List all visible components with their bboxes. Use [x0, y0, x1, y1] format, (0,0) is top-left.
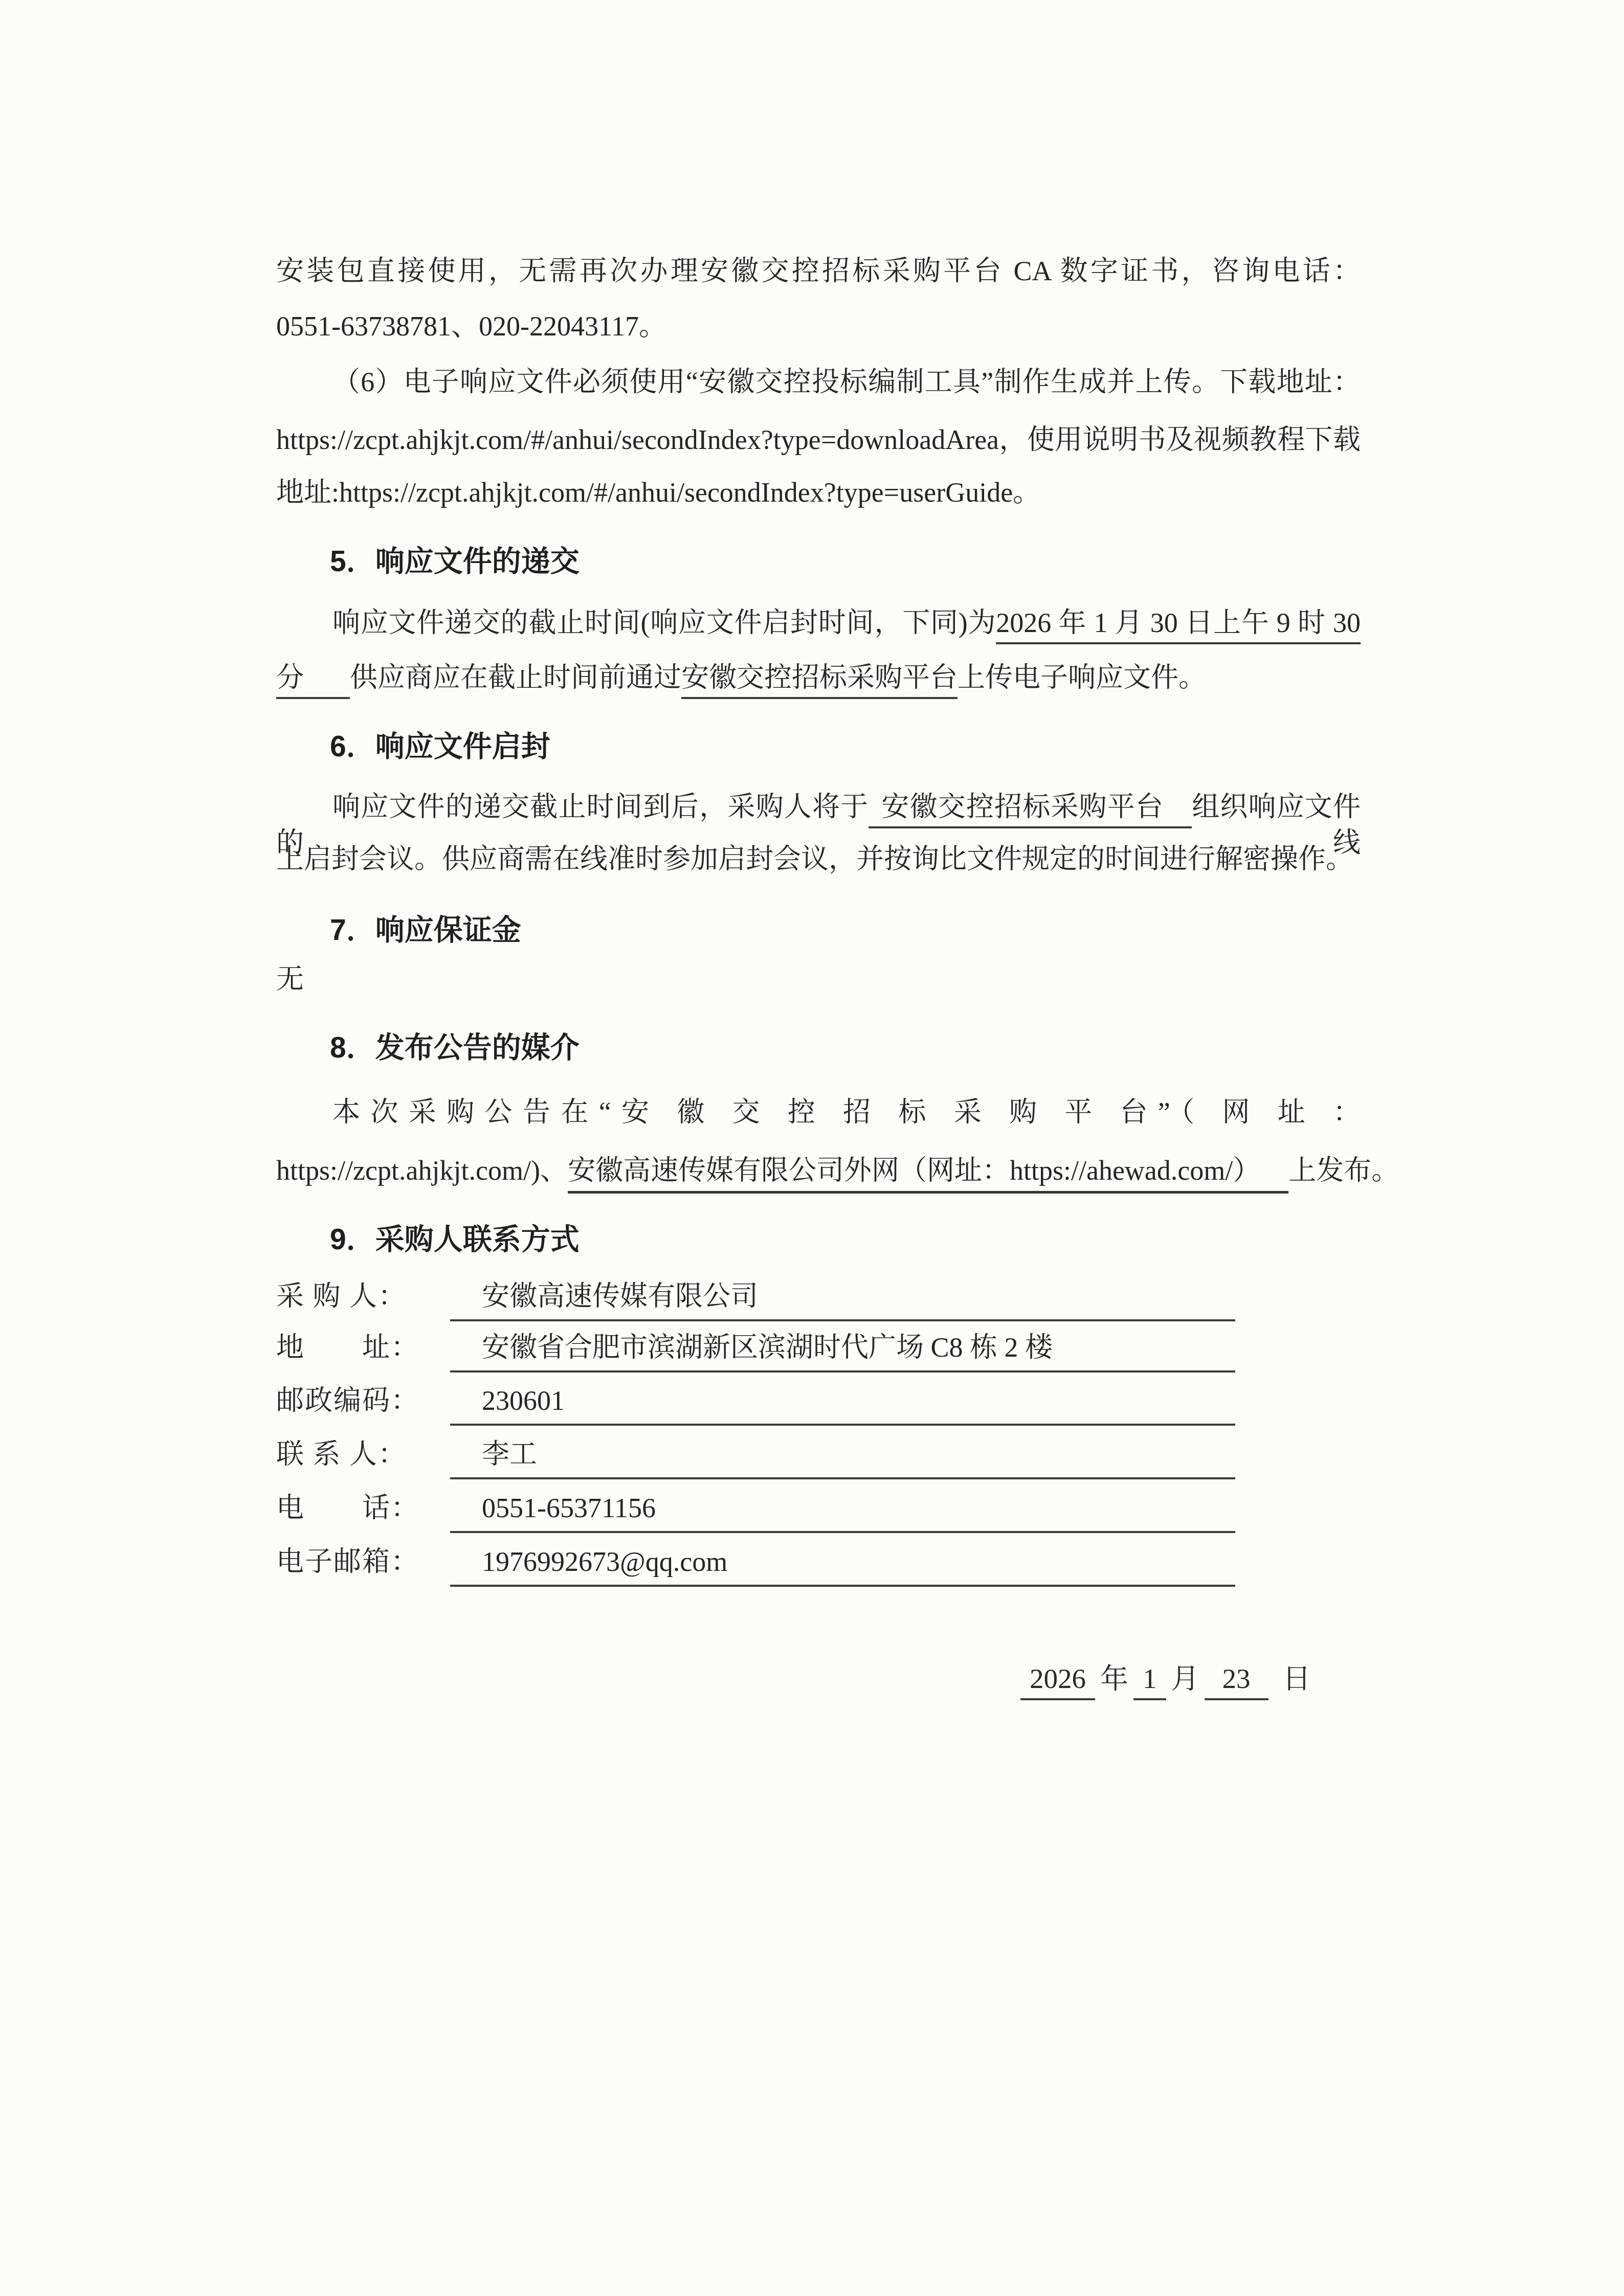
- section-6-line1-text: 响应文件的递交截止时间到后，采购人将于: [332, 792, 869, 822]
- date-year: 2026: [1020, 1663, 1095, 1700]
- external-site-underlined: 安徽高速传媒有限公司外网（网址：https://ahewad.com/）: [568, 1155, 1288, 1194]
- section-5-line2-text: 供应商应在截止时间前通过: [350, 662, 681, 693]
- section-6-line2: 上启封会议。供应商需在线准时参加启封会议，并按询比文件规定的时间进行解密操作。: [276, 841, 1361, 877]
- section-6-heading: 6．响应文件启封: [330, 728, 550, 765]
- section-7-heading: 7．响应保证金: [330, 912, 521, 949]
- contact-person-value: 李工: [450, 1436, 1235, 1479]
- address-value: 安徽省合肥市滨湖新区滨湖时代广场 C8 栋 2 楼: [450, 1330, 1235, 1372]
- contact-row-email: 电子邮箱：1976992673@qq.com: [276, 1544, 1235, 1587]
- postcode-value: 230601: [450, 1383, 1235, 1426]
- platform-name-underlined: 安徽交控招标采购平台: [681, 662, 958, 699]
- paragraph-ca-cert-line2: 0551-63738781、020-22043117。: [276, 308, 1361, 344]
- contact-row-address: 地 址：安徽省合肥市滨湖新区滨湖时代广场 C8 栋 2 楼: [276, 1330, 1235, 1372]
- date-year-label: 年: [1095, 1663, 1133, 1694]
- section-8-line2-text: https://zcpt.ahjkjt.com/)、: [276, 1155, 568, 1186]
- paragraph-6-line3: 地址:https://zcpt.ahjkjt.com/#/anhui/secon…: [276, 475, 1361, 510]
- section-8-line2: https://zcpt.ahjkjt.com/)、安徽高速传媒有限公司外网（网…: [276, 1153, 1361, 1188]
- document-page: 安装包直接使用，无需再次办理安徽交控招标采购平台 CA 数字证书，咨询电话： 0…: [0, 0, 1624, 2296]
- section-7-body: 无: [276, 961, 1361, 997]
- document-date: 2026年1月23日: [1020, 1661, 1316, 1697]
- section-8-line2-tail: 上发布。: [1288, 1155, 1399, 1186]
- date-month-label: 月: [1166, 1663, 1205, 1694]
- section-9-heading: 9．采购人联系方式: [330, 1221, 580, 1258]
- section-8-heading: 8．发布公告的媒介: [330, 1029, 580, 1066]
- contact-row-postcode: 邮政编码：230601: [276, 1383, 1235, 1426]
- deadline-underline-tail: 分: [276, 662, 350, 699]
- email-value: 1976992673@qq.com: [450, 1544, 1235, 1587]
- section-5-line1-text: 响应文件递交的截止时间(响应文件启封时间，下同)为: [332, 607, 996, 638]
- section-5-heading: 5．响应文件的递交: [330, 543, 580, 580]
- deadline-underlined-value: 2026 年 1 月 30 日上午 9 时 30: [996, 607, 1361, 644]
- contact-row-purchaser: 采 购 人：安徽高速传媒有限公司: [276, 1278, 1235, 1321]
- postcode-label: 邮政编码：: [276, 1383, 450, 1419]
- paragraph-ca-cert-line1: 安装包直接使用，无需再次办理安徽交控招标采购平台 CA 数字证书，咨询电话：: [276, 253, 1361, 289]
- address-label: 地 址：: [276, 1330, 450, 1365]
- platform-name-underlined-2: 安徽交控招标采购平台: [869, 792, 1192, 828]
- contact-row-contact-person: 联 系 人：李工: [276, 1436, 1235, 1479]
- date-day: 23: [1205, 1663, 1269, 1700]
- section-5-line1: 响应文件递交的截止时间(响应文件启封时间，下同)为2026 年 1 月 30 日…: [276, 605, 1361, 641]
- date-month: 1: [1133, 1663, 1166, 1700]
- purchaser-label: 采 购 人：: [276, 1278, 450, 1314]
- contact-person-label: 联 系 人：: [276, 1436, 450, 1472]
- section-8-line1: 本次采购公告在“安 徽 交 控 招 标 采 购 平 台”（ 网 址 ：: [276, 1094, 1361, 1130]
- date-day-label: 日: [1269, 1663, 1316, 1694]
- section-5-line2-tail: 上传电子响应文件。: [958, 662, 1206, 693]
- contact-row-phone: 电 话：0551-65371156: [276, 1490, 1235, 1533]
- paragraph-6-line2: https://zcpt.ahjkjt.com/#/anhui/secondIn…: [276, 422, 1361, 458]
- paragraph-6-line1: （6）电子响应文件必须使用“安徽交控投标编制工具”制作生成并上传。下载地址：: [276, 364, 1361, 400]
- email-label: 电子邮箱：: [276, 1544, 450, 1580]
- purchaser-value: 安徽高速传媒有限公司: [450, 1278, 1235, 1321]
- phone-value: 0551-65371156: [450, 1490, 1235, 1533]
- phone-label: 电 话：: [276, 1490, 450, 1526]
- section-5-line2: 分供应商应在截止时间前通过安徽交控招标采购平台上传电子响应文件。: [276, 660, 1361, 695]
